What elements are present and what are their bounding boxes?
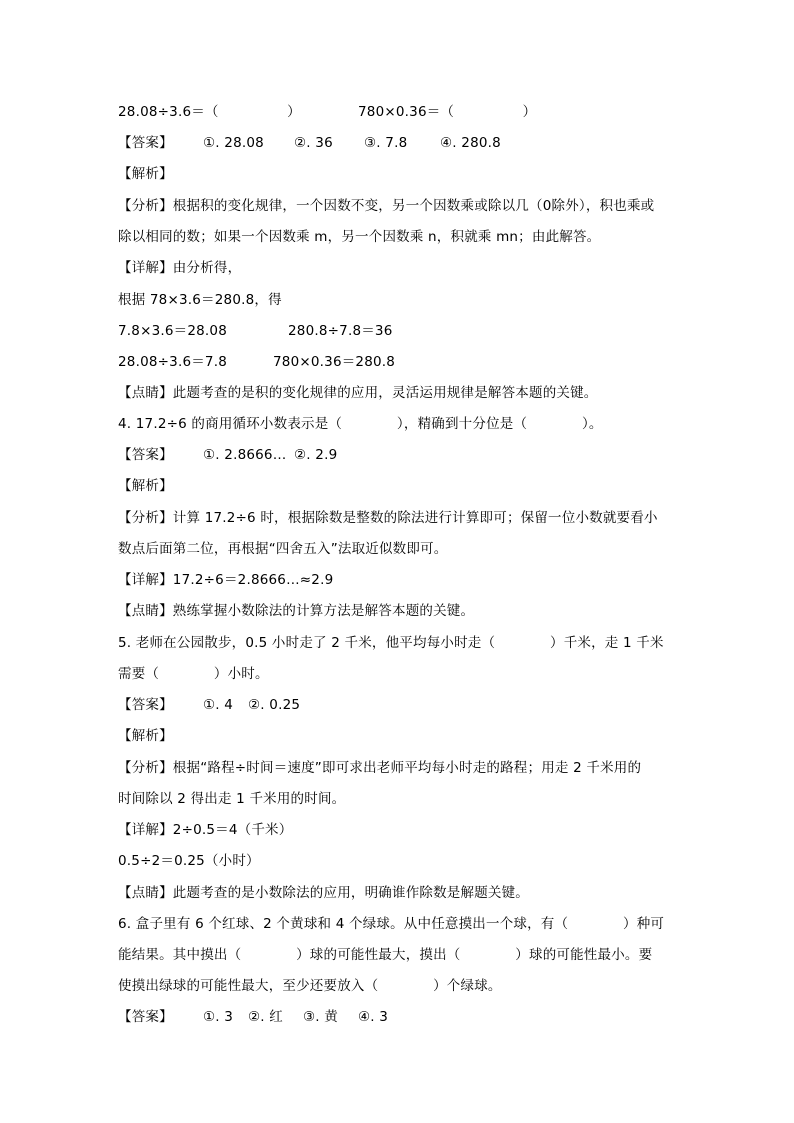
tip-text: 【点睛】熟练掌握小数除法的计算方法是解答本题的关键。 <box>118 601 474 621</box>
answer-line: 【答案】 ①. 28.08 ②. 36 ③. 7.8 ④. 280.8 <box>118 133 136 153</box>
answer-item: ③. 7.8 <box>364 133 407 153</box>
analysis-heading: 【解析】 <box>118 164 173 184</box>
answer-label: 【答案】 <box>118 445 173 465</box>
tip-text: 【点睛】此题考查的是积的变化规律的应用，灵活运用规律是解答本题的关键。 <box>118 383 598 403</box>
question-4: 4. 17.2÷6 的商用循环小数表示是（ ），精确到十分位是（ ）。 <box>118 414 603 434</box>
answer-line: 【答案】 ①. 3 ②. 红 ③. 黄 ④. 3 <box>118 1007 136 1027</box>
answer-label: 【答案】 <box>118 695 173 715</box>
answer-item: ①. 28.08 <box>203 133 264 153</box>
document-page: 28.08÷3.6＝（ ） 780×0.36＝（ ） 【答案】 ①. 28.08… <box>0 0 794 1123</box>
answer-item: ①. 3 <box>203 1007 233 1027</box>
analysis-text: 【分析】根据“路程÷时间＝速度”即可求出老师平均每小时走的路程；用走 2 千米用… <box>118 758 641 778</box>
answer-item: ①. 2.8666… <box>203 445 286 465</box>
equation-blank: 780×0.36＝（ ） <box>358 102 536 122</box>
equation: 7.8×3.6＝28.08 <box>118 321 227 341</box>
analysis-text: 除以相同的数；如果一个因数乘 m，另一个因数乘 n，积就乘 mn；由此解答。 <box>118 227 600 247</box>
equation-line: 28.08÷3.6＝（ ） 780×0.36＝（ ） <box>118 102 136 122</box>
answer-label: 【答案】 <box>118 133 173 153</box>
equation: 28.08÷3.6＝7.8 <box>118 352 227 372</box>
analysis-text: 数点后面第二位，再根据“四舍五入”法取近似数即可。 <box>118 539 448 559</box>
question-5-cont: 需要（ ）小时。 <box>118 664 269 684</box>
question-6-cont: 使摸出绿球的可能性最大，至少还要放入（ ）个绿球。 <box>118 976 502 996</box>
answer-line: 【答案】 ①. 4 ②. 0.25 <box>118 695 136 715</box>
answer-item: ②. 36 <box>294 133 333 153</box>
equation: 280.8÷7.8＝36 <box>288 321 393 341</box>
answer-item: ④. 3 <box>358 1007 388 1027</box>
detail-text: 0.5÷2＝0.25（小时） <box>118 851 260 871</box>
detail-text: 【详解】2÷0.5＝4（千米） <box>118 820 292 840</box>
answer-line: 【答案】 ①. 2.8666… ②. 2.9 <box>118 445 136 465</box>
question-6: 6. 盒子里有 6 个红球、2 个黄球和 4 个绿球。从中任意摸出一个球，有（ … <box>118 914 664 934</box>
answer-item: ①. 4 <box>203 695 233 715</box>
question-6-cont: 能结果。其中摸出（ ）球的可能性最大，摸出（ ）球的可能性最小。要 <box>118 945 652 965</box>
question-5: 5. 老师在公园散步，0.5 小时走了 2 千米，他平均每小时走（ ）千米，走 … <box>118 633 664 653</box>
analysis-heading: 【解析】 <box>118 726 173 746</box>
analysis-text: 【分析】根据积的变化规律，一个因数不变，另一个因数乘或除以几（0除外），积也乘或 <box>118 196 654 216</box>
analysis-heading: 【解析】 <box>118 476 173 496</box>
analysis-text: 【分析】计算 17.2÷6 时，根据除数是整数的除法进行计算即可；保留一位小数就… <box>118 508 658 528</box>
equation-line: 28.08÷3.6＝7.8 780×0.36＝280.8 <box>118 352 136 372</box>
detail-text: 【详解】由分析得， <box>118 258 241 278</box>
answer-item: ②. 红 <box>248 1007 283 1027</box>
answer-label: 【答案】 <box>118 1007 173 1027</box>
equation-line: 7.8×3.6＝28.08 280.8÷7.8＝36 <box>118 321 136 341</box>
answer-item: ②. 0.25 <box>248 695 300 715</box>
answer-item: ③. 黄 <box>303 1007 338 1027</box>
answer-item: ②. 2.9 <box>294 445 337 465</box>
equation: 780×0.36＝280.8 <box>273 352 395 372</box>
tip-text: 【点睛】此题考查的是小数除法的应用，明确谁作除数是解题关键。 <box>118 883 529 903</box>
detail-text: 【详解】17.2÷6＝2.8666…≈2.9 <box>118 570 333 590</box>
answer-item: ④. 280.8 <box>440 133 501 153</box>
analysis-text: 时间除以 2 得出走 1 千米用的时间。 <box>118 789 345 809</box>
equation-blank: 28.08÷3.6＝（ ） <box>118 102 301 122</box>
detail-text: 根据 78×3.6＝280.8，得 <box>118 290 282 310</box>
